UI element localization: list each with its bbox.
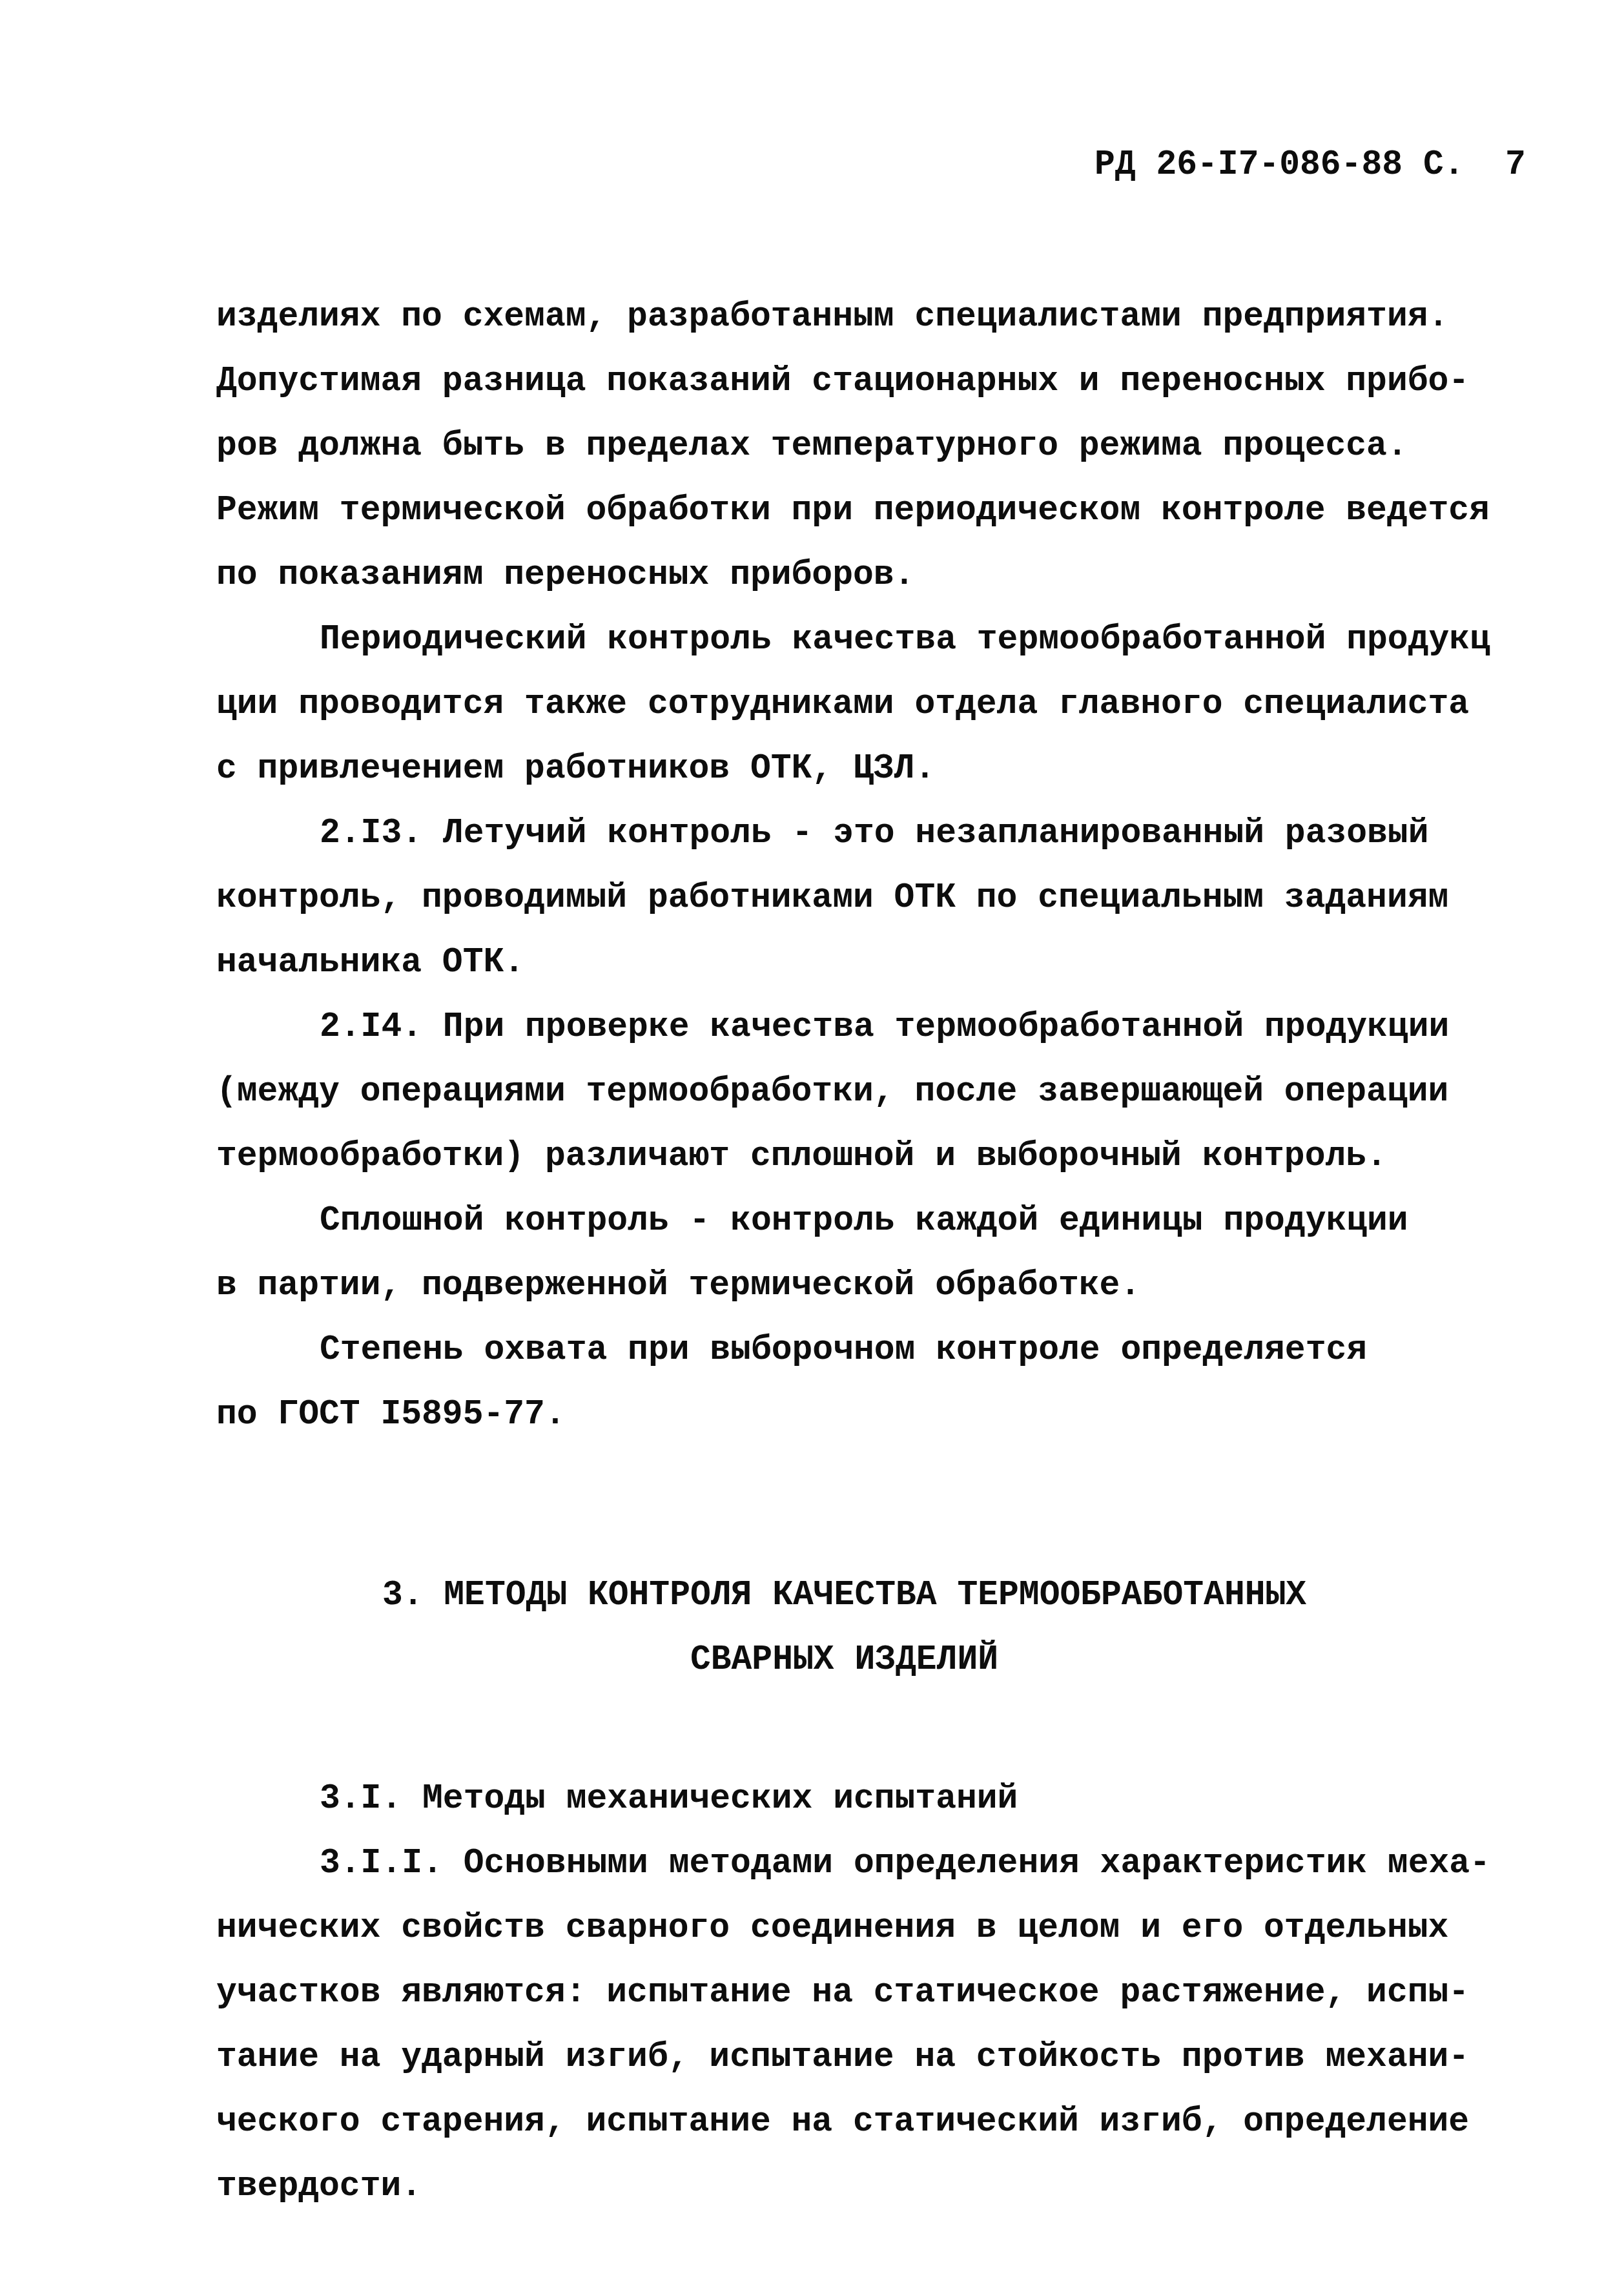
clause-3-1-heading-line: 3.I. Методы механических испытаний xyxy=(216,1766,1472,1831)
text-line: Сплошной контроль - контроль каждой един… xyxy=(216,1188,1472,1253)
text-line: Допустимая разница показаний стационарны… xyxy=(216,349,1472,413)
text-line: ции проводится также сотрудниками отдела… xyxy=(216,672,1472,736)
text-line: тание на ударный изгиб, испытание на сто… xyxy=(216,2025,1472,2089)
text-line: в партии, подверженной термической обраб… xyxy=(216,1253,1472,1317)
page-header-document-number: РД 26-I7-086-88 С. 7 xyxy=(1095,132,1526,197)
clause-2-13-line: 2.I3. Летучий контроль - это незапланиро… xyxy=(216,801,1472,865)
text-line: ческого старения, испытание на статическ… xyxy=(216,2089,1472,2154)
text-line: по показаниям переносных приборов. xyxy=(216,542,1472,607)
text-line: нических свойств сварного соединения в ц… xyxy=(216,1895,1472,1960)
text-line: участков являются: испытание на статичес… xyxy=(216,1960,1472,2025)
text-line: (между операциями термообработки, после … xyxy=(216,1059,1472,1124)
text-line: Режим термической обработки при периодич… xyxy=(216,478,1472,542)
section-3-heading-line: 3. МЕТОДЫ КОНТРОЛЯ КАЧЕСТВА ТЕРМООБРАБОТ… xyxy=(216,1563,1472,1627)
text-line: по ГОСТ I5895-77. xyxy=(216,1382,1472,1447)
text-line: Периодический контроль качества термообр… xyxy=(216,607,1472,672)
text-line: контроль, проводимый работниками ОТК по … xyxy=(216,865,1472,930)
text-line: изделиях по схемам, разработанным специа… xyxy=(216,284,1472,349)
text-line: с привлечением работников ОТК, ЦЗЛ. xyxy=(216,736,1472,801)
text-line: ров должна быть в пределах температурног… xyxy=(216,413,1472,478)
section-3-heading-line: СВАРНЫХ ИЗДЕЛИЙ xyxy=(216,1627,1472,1692)
text-line: термообработки) различают сплошной и выб… xyxy=(216,1124,1472,1188)
document-page: РД 26-I7-086-88 С. 7 изделиях по схемам,… xyxy=(0,0,1624,2281)
document-body: изделиях по схемам, разработанным специа… xyxy=(216,284,1472,2218)
clause-3-1-1-line: 3.I.I. Основными методами определения ха… xyxy=(216,1831,1472,1895)
clause-2-14-line: 2.I4. При проверке качества термообработ… xyxy=(216,995,1472,1059)
text-line: Степень охвата при выборочном контроле о… xyxy=(216,1317,1472,1382)
text-line: начальника ОТК. xyxy=(216,930,1472,995)
text-line: твердости. xyxy=(216,2154,1472,2218)
